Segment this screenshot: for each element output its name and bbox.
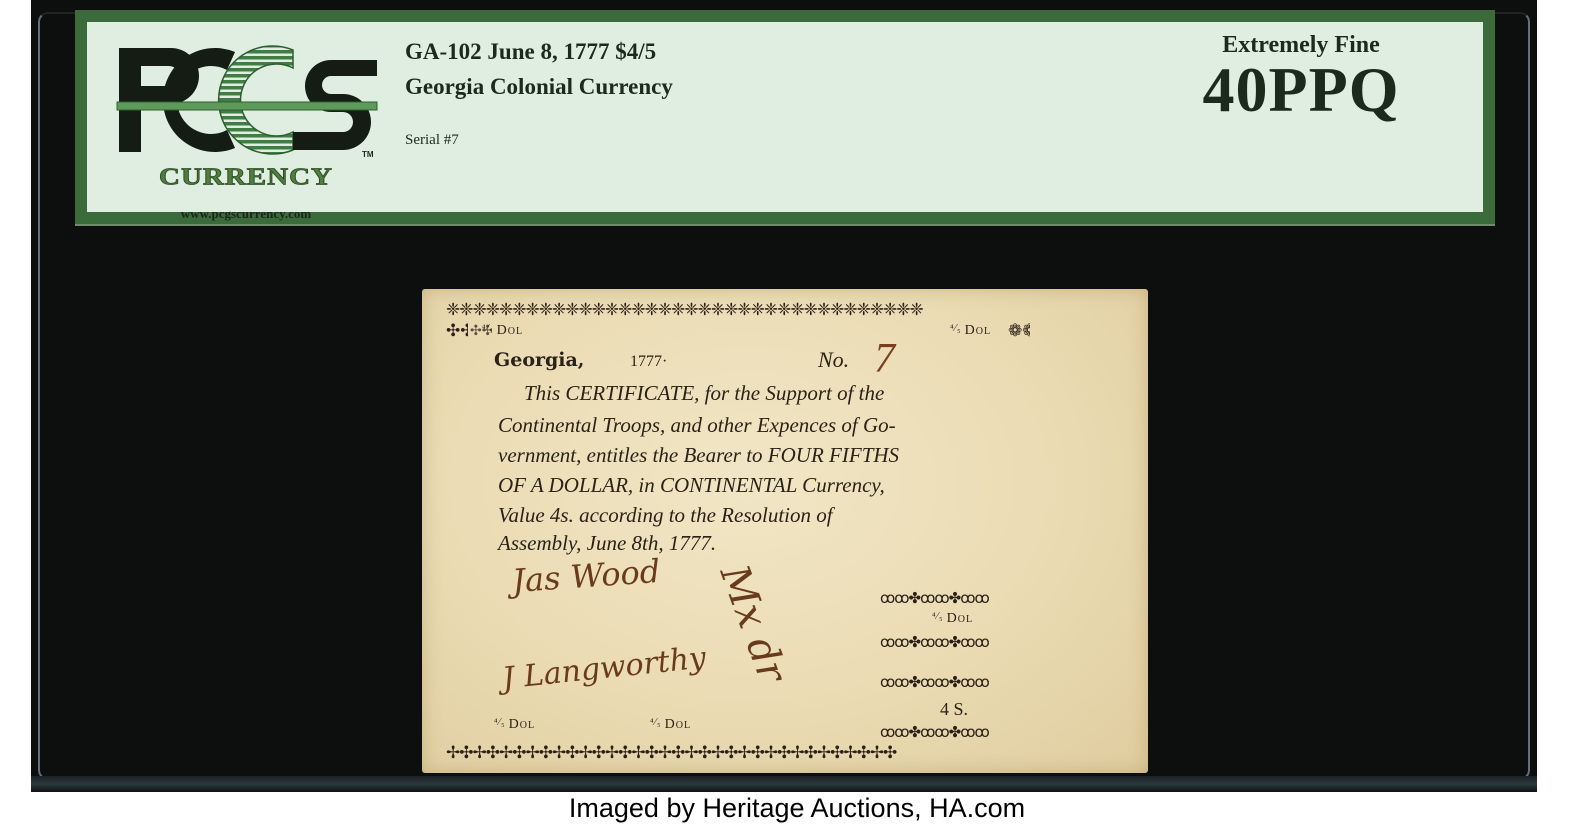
trademark-label: TM: [362, 150, 374, 159]
signature-langworthy: J Langworthy: [501, 640, 708, 696]
serial-number: Serial #7: [405, 132, 673, 149]
denomination-bottom-center: ⁴⁄₅Dol: [650, 717, 691, 733]
issue-year: 1777·: [630, 353, 667, 371]
signature-middle: Mx dr: [711, 559, 796, 688]
grade-value: 40PPQ: [1181, 60, 1421, 120]
signature-wood: Jas Wood: [511, 552, 662, 600]
catalog-line: GA-102 June 8, 1777 $4/5: [405, 36, 673, 68]
ornament-border-bottom: ✢✣✢✣✢✣✢✣✢✣✢✣✢✣✢✣✢✣✢✣✢✣✢✣✢✣✢✣✢✣✢✣✢✣: [446, 742, 1034, 764]
ornament-panel-1: ꚙꚙ✤ꚙꚙ✤ꚙꚙ: [880, 589, 989, 607]
serial-handwritten: 7: [874, 335, 895, 383]
ornament-border-top: ❈❈❈❈❈❈❈❈❈❈❈❈❈❈❈❈❈❈❈❈❈❈❈❈❈❈❈❈❈❈❈❈❈❈❈❈: [446, 299, 1034, 321]
state-name: Georgia,: [494, 349, 584, 371]
denomination-bottom-left: ⁴⁄₅Dol: [494, 717, 535, 733]
certificate-text-line-5: Value 4s. according to the Resolution of: [498, 503, 833, 528]
grade-block: Extremely Fine 40PPQ: [1181, 30, 1421, 120]
pcgs-currency-logo: TM CURRENCY www.pcgscurrency.com: [111, 36, 381, 206]
title-line: Georgia Colonial Currency: [405, 68, 673, 106]
certificate-text-line-3: vernment, entitles the Bearer to FOUR FI…: [498, 443, 899, 468]
grading-label: TM CURRENCY www.pcgscurrency.com GA-102 …: [75, 10, 1495, 224]
image-credit: Imaged by Heritage Auctions, HA.com: [0, 790, 1594, 826]
certificate-text-line-6: Assembly, June 8th, 1777.: [498, 531, 716, 556]
pcgs-url: www.pcgscurrency.com: [111, 206, 381, 222]
ornament-panel-2: ꚙꚙ✤ꚙꚙ✤ꚙꚙ: [880, 633, 989, 651]
ornament-panel-3: ꚙꚙ✤ꚙꚙ✤ꚙꚙ: [880, 673, 989, 691]
ornament-panel-4: ꚙꚙ✤ꚙꚙ✤ꚙꚙ: [880, 723, 989, 741]
denomination-top-right: ⁴⁄₅Dol: [950, 323, 991, 339]
note-description: GA-102 June 8, 1777 $4/5 Georgia Colonia…: [405, 36, 673, 149]
denomination-right-panel: ⁴⁄₅Dol: [932, 611, 973, 627]
denomination-top-left: ⁴⁄₅Dol: [482, 323, 523, 339]
number-label: No.: [818, 347, 849, 373]
banknote: ❈❈❈❈❈❈❈❈❈❈❈❈❈❈❈❈❈❈❈❈❈❈❈❈❈❈❈❈❈❈❈❈❈❈❈❈ ✢✣✢…: [422, 289, 1148, 773]
certificate-text-line-2: Continental Troops, and other Expences o…: [498, 413, 896, 438]
ornament-border-left: ✣✣✣✣✣✣✣✣✣✣✣✣✣✣✣✣✣✣: [446, 319, 468, 744]
certificate-text-line-1: This CERTIFICATE, for the Support of the: [524, 381, 884, 406]
pcgs-logo-icon: [115, 44, 379, 156]
currency-wordmark: CURRENCY: [115, 164, 377, 191]
grading-label-inner: TM CURRENCY www.pcgscurrency.com GA-102 …: [87, 22, 1483, 212]
ornament-border-left-inner: ✣✣✣✣✣✣✣✣✣✣✣✣✣✣✣✣✣✣: [470, 319, 492, 744]
value-shillings: 4 S.: [940, 699, 968, 720]
certificate-text-line-4: OF A DOLLAR, in CONTINENTAL Currency,: [498, 473, 885, 498]
ornament-border-right: ❁❁❁❁❁❁❁❁❁❁❁❁❁❁❁❁❁❁: [1008, 319, 1030, 744]
